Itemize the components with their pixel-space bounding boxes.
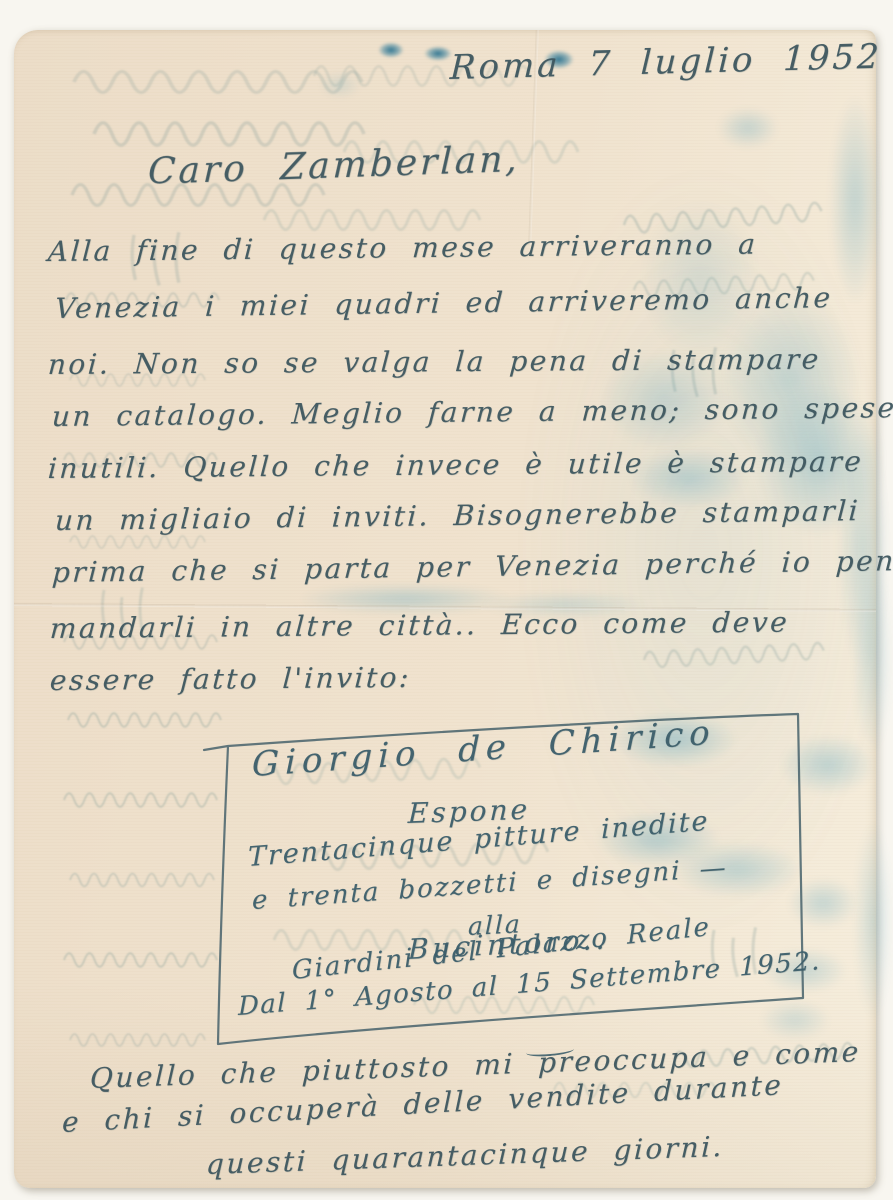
letter-paper: Roma 7 luglio 1952 Caro Zamberlan, Alla …	[14, 30, 876, 1188]
ink-blot	[378, 42, 404, 58]
ink-stain	[718, 108, 778, 148]
salutation: Caro Zamberlan,	[147, 139, 520, 193]
date-line: Roma 7 luglio 1952	[449, 37, 883, 88]
ink-stain	[854, 820, 892, 1020]
body-line-3: noi. Non so se valga la pena di stampare	[47, 343, 822, 381]
body-line-8: mandarli in altre città.. Ecco come deve	[49, 606, 790, 645]
closing-line-3: questi quarantacinque giorni.	[205, 1130, 724, 1181]
ink-stain	[760, 1000, 830, 1040]
ink-blot	[424, 46, 452, 61]
ink-stain	[320, 72, 360, 98]
body-line-9: essere fatto l'invito:	[49, 661, 412, 697]
